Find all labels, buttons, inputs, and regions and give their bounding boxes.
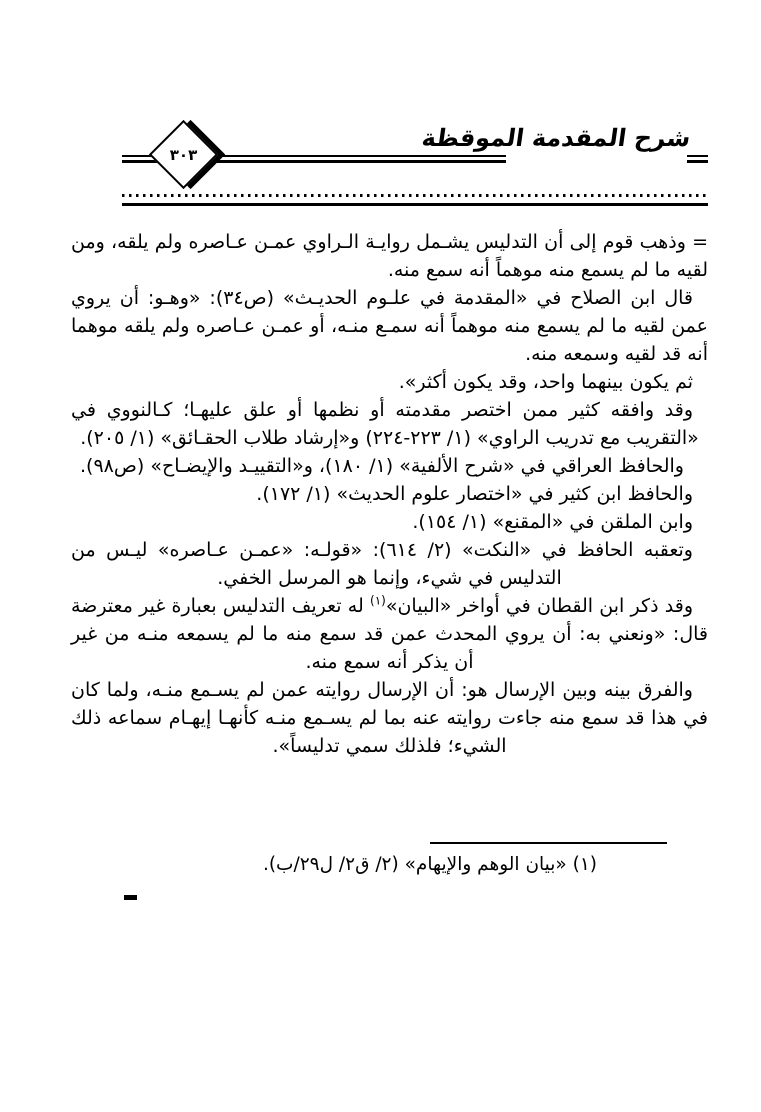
footnote: (١) «بيان الوهم والإيهام» (٢/ ق٢/ ل٢٩/ب)…	[263, 851, 597, 879]
body-paragraph: ثم يكون بينهما واحد، وقد يكون أكثر».	[71, 368, 708, 396]
body-paragraph: والحافظ العراقي في «شرح الألفية» (١/ ١٨٠…	[71, 452, 708, 480]
body-paragraph: قال ابن الصلاح في «المقدمة في علـوم الحد…	[71, 284, 708, 368]
header-rule-right	[687, 155, 708, 163]
footnote-ref-superscript: (١)	[370, 594, 386, 608]
body-text: = وذهب قوم إلى أن التدليس يشـمل روايـة ا…	[71, 228, 708, 760]
footnote-marker: (١)	[573, 854, 597, 875]
footnote-separator	[430, 842, 667, 844]
body-paragraph: والحافظ ابن كثير في «اختصار علوم الحديث»…	[71, 480, 708, 508]
body-paragraph: وقد وافقه كثير ممن اختصر مقدمته أو نظمها…	[71, 396, 708, 452]
body-paragraph: = وذهب قوم إلى أن التدليس يشـمل روايـة ا…	[71, 228, 708, 284]
body-paragraph: والفرق بينه وبين الإرسال هو: أن الإرسال …	[71, 676, 708, 760]
page-title: شرح المقدمة الموقظة	[420, 124, 692, 152]
page-number-diamond: ٣٠٣	[149, 120, 218, 189]
footnote-text: «بيان الوهم والإيهام» (٢/ ق٢/ ل٢٩/ب).	[263, 854, 567, 875]
book-page: { "colors": { "ink": "#000000", "paper":…	[0, 0, 761, 1112]
page-number: ٣٠٣	[161, 132, 206, 177]
header-underline	[122, 203, 708, 206]
paragraph-text: وقد ذكر ابن القطان في أواخر «البيان»	[386, 595, 693, 617]
body-paragraph: وابن الملقن في «المقنع» (١/ ١٥٤).	[71, 508, 708, 536]
body-paragraph: وتعقبه الحافظ في «النكت» (٢/ ٦١٤): «قولـ…	[71, 536, 708, 592]
margin-dash	[124, 895, 137, 900]
dotted-separator	[122, 194, 708, 197]
body-paragraph: وقد ذكر ابن القطان في أواخر «البيان»(١) …	[71, 592, 708, 676]
